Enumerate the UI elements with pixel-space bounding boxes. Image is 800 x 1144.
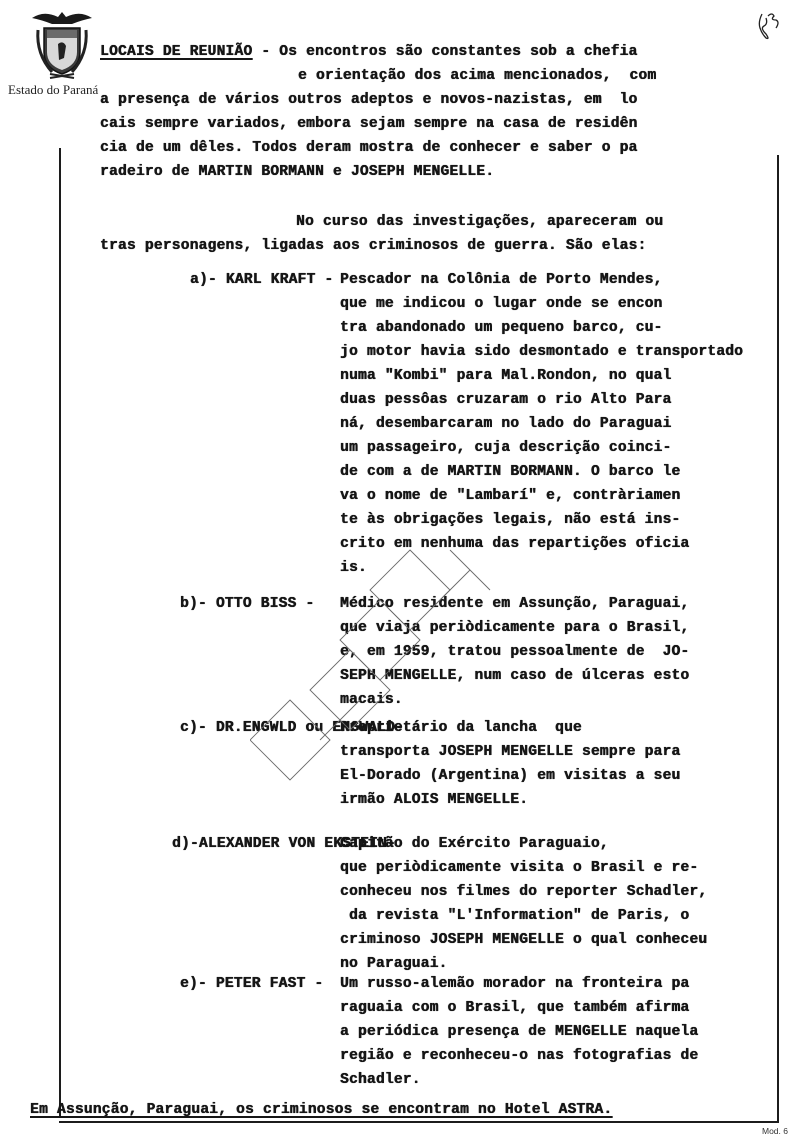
description-line: região e reconheceu-o nas fotografias de	[340, 1046, 698, 1066]
handwritten-page-number: 83	[754, 8, 784, 44]
section-line: cia de um dêles. Todos deram mostra de c…	[100, 138, 637, 158]
person-entry-a: a)- KARL KRAFT -	[190, 270, 333, 290]
description-line: Capitão do Exército Paraguaio,	[340, 834, 609, 854]
parana-coat-of-arms-icon	[30, 8, 94, 80]
description-line: transporta JOSEPH MENGELLE sempre para	[340, 742, 680, 762]
description-line: tra abandonado um pequeno barco, cu-	[340, 318, 662, 338]
person-entry-e: e)- PETER FAST -	[180, 974, 323, 994]
description-line: raguaia com o Brasil, que também afirma	[340, 998, 689, 1018]
description-line: que periòdicamente visita o Brasil e re-	[340, 858, 698, 878]
description-line: Schadler.	[340, 1070, 421, 1090]
description-line: duas pessôas cruzaram o rio Alto Para	[340, 390, 671, 410]
description-line: criminoso JOSEPH MENGELLE o qual conhece…	[340, 930, 707, 950]
description-line: jo motor havia sido desmontado e transpo…	[340, 342, 743, 362]
description-line: da revista "L'Information" de Paris, o	[340, 906, 689, 926]
section-line: cais sempre variados, embora sejam sempr…	[100, 114, 637, 134]
description-line: Médico residente em Assunção, Paraguai,	[340, 594, 689, 614]
description-line: ná, desembarcaram no lado do Paraguai	[340, 414, 671, 434]
bottom-rule	[59, 1121, 779, 1123]
description-line: e, em 1959, tratou pessoalmente de JO-	[340, 642, 689, 662]
intro-line: No curso das investigações, apareceram o…	[296, 212, 663, 232]
form-code: Mod. 6	[762, 1126, 788, 1136]
description-line: is.	[340, 558, 367, 578]
description-line: macais.	[340, 690, 403, 710]
section-title: LOCAIS DE REUNIÃO	[100, 44, 252, 60]
description-line: Um russo-alemão morador na fronteira pa	[340, 974, 689, 994]
description-line: que viaja periòdicamente para o Brasil,	[340, 618, 689, 638]
person-name: OTTO BISS -	[216, 596, 315, 612]
section-line: e orientação dos acima mencionados, com	[298, 66, 656, 86]
section-line: radeiro de MARTIN BORMANN e JOSEPH MENGE…	[100, 162, 494, 182]
description-line: te às obrigações legais, não está ins-	[340, 510, 680, 530]
state-label: Estado do Paraná	[8, 82, 98, 98]
description-line: Pescador na Colônia de Porto Mendes,	[340, 270, 662, 290]
person-entry-b: b)- OTTO BISS -	[180, 594, 314, 614]
section-heading-line: LOCAIS DE REUNIÃO - Os encontros são con…	[100, 42, 637, 62]
description-line: de com a de MARTIN BORMANN. O barco le	[340, 462, 680, 482]
person-name: PETER FAST -	[216, 976, 324, 992]
description-line: SEPH MENGELLE, num caso de úlceras esto	[340, 666, 689, 686]
description-line: El-Dorado (Argentina) em visitas a seu	[340, 766, 680, 786]
description-line: conheceu nos filmes do reporter Schadler…	[340, 882, 707, 902]
section-line: a presença de vários outros adeptos e no…	[100, 90, 637, 110]
description-line: que me indicou o lugar onde se encon	[340, 294, 662, 314]
description-line: crito em nenhuma das repartições oficia	[340, 534, 689, 554]
description-line: Proprietário da lancha que	[340, 718, 582, 738]
description-line: va o nome de "Lambarí" e, contràriamen	[340, 486, 680, 506]
section-text: Os encontros são constantes sob a chefia	[279, 44, 637, 60]
right-margin-line	[777, 155, 779, 1123]
description-line: irmão ALOIS MENGELLE.	[340, 790, 528, 810]
closing-statement: Em Assunção, Paraguai, os criminosos se …	[30, 1100, 612, 1120]
description-line: no Paraguai.	[340, 954, 448, 974]
description-line: a periódica presença de MENGELLE naquela	[340, 1022, 698, 1042]
description-line: um passageiro, cuja descrição coinci-	[340, 438, 671, 458]
intro-line: tras personagens, ligadas aos criminosos…	[100, 236, 646, 256]
person-name: KARL KRAFT -	[226, 272, 334, 288]
left-margin-line	[59, 148, 61, 1116]
description-line: numa "Kombi" para Mal.Rondon, no qual	[340, 366, 671, 386]
